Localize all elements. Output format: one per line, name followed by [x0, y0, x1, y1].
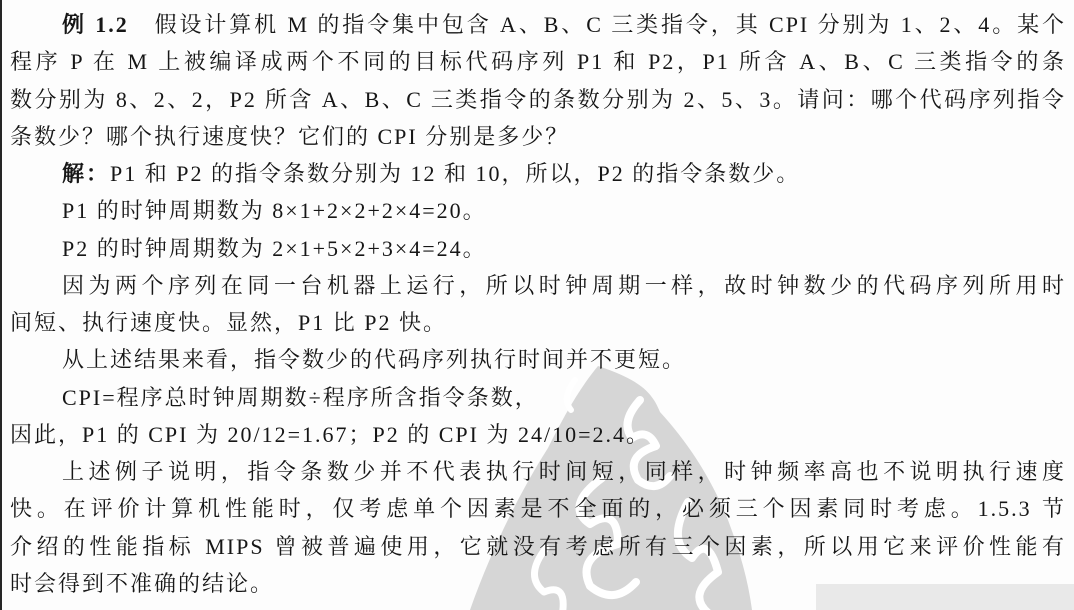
text-line: 例 1.2 假设计算机 M 的指令集中包含 A、B、C 三类指令，其 CPI 分…	[10, 6, 1066, 43]
text-line: 因为两个序列在同一台机器上运行，所以时钟周期一样，故时钟数少的代码序列所用时	[10, 267, 1066, 304]
text-line: 间短、执行速度快。显然，P1 比 P2 快。	[10, 304, 1066, 341]
text-line: 快。在评价计算机性能时，仅考虑单个因素是不全面的，必须三个因素同时考虑。1.5.…	[10, 490, 1066, 527]
text-line: 数分别为 8、2、2，P2 所含 A、B、C 三类指令的条数分别为 2、5、3。…	[10, 81, 1066, 118]
scan-edge-line	[0, 0, 2, 610]
text-line: 因此，P1 的 CPI 为 20/12=1.67；P2 的 CPI 为 24/1…	[10, 416, 1066, 453]
text-line: 上述例子说明，指令条数少并不代表执行时间短，同样，时钟频率高也不说明执行速度	[10, 453, 1066, 490]
text-line: P2 的时钟周期数为 2×1+5×2+3×4=24。	[10, 230, 1066, 267]
text-line: 条数少？哪个执行速度快？它们的 CPI 分别是多少？	[10, 118, 1066, 155]
example-label: 例 1.2	[62, 12, 129, 37]
text-line: 解：P1 和 P2 的指令条数分别为 12 和 10，所以，P2 的指令条数少。	[10, 155, 1066, 192]
text-line: CPI=程序总时钟周期数÷程序所含指令条数，	[10, 379, 1066, 416]
text-line: P1 的时钟周期数为 8×1+2×2+2×4=20。	[10, 192, 1066, 229]
solution-label: 解：	[62, 161, 110, 186]
text-line: 介绍的性能指标 MIPS 曾被普遍使用，它就没有考虑所有三个因素，所以用它来评价…	[10, 528, 1066, 565]
text-line: 时会得到不准确的结论。	[10, 565, 1066, 602]
text-line: 程序 P 在 M 上被编译成两个不同的目标代码序列 P1 和 P2，P1 所含 …	[10, 43, 1066, 80]
scanned-textbook-page: { "page": { "background": "#fdfdfd", "te…	[0, 0, 1074, 610]
document-lines: 例 1.2 假设计算机 M 的指令集中包含 A、B、C 三类指令，其 CPI 分…	[10, 6, 1066, 602]
text-line: 从上述结果来看，指令数少的代码序列执行时间并不更短。	[10, 341, 1066, 378]
